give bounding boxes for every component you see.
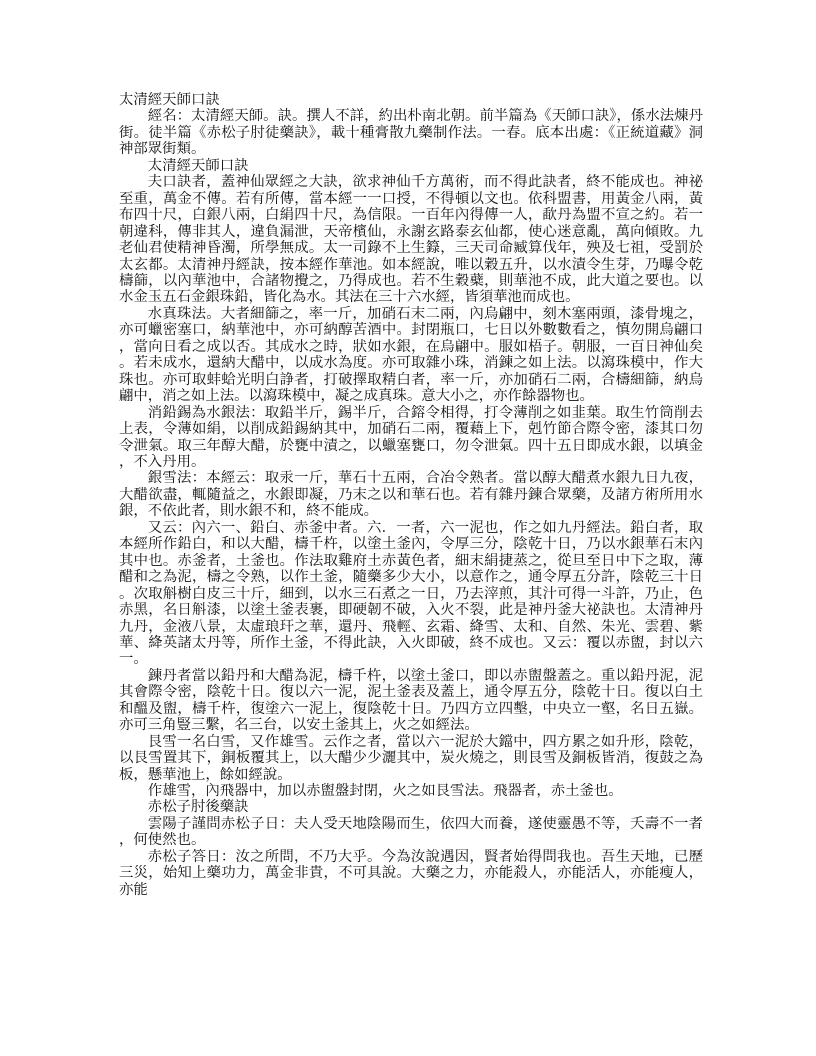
paragraph-zuo-xiongxue: 作雄雪，內飛器中，加以赤盥盤封閉，火之如艮雪法。飛器者，赤土釜也。 (119, 783, 703, 799)
section-heading-chisongzi: 赤松子肘後藥訣 (119, 799, 703, 815)
document-page: 太清經天師口訣 經名：太清經天師。訣。撰人不詳，約出朴南北朝。前半篇為《天師口訣… (119, 92, 703, 898)
document-title: 太清經天師口訣 (119, 92, 703, 108)
paragraph-xiao-qianxi-fa: 消鉛錫為水銀法：取鉛半斤，錫半斤，合鎔令相得，打令薄削之如韭葉。取生竹筒削去上表… (119, 405, 703, 471)
paragraph-you-yun: 又云：內六一、鉛白、赤釜中者。六．一者，六一泥也，作之如九丹經法。鉛白者，取本經… (119, 520, 703, 668)
paragraph-yinxue-fa: 銀雪法：本經云：取汞一斤，華石十五兩，合冶令熟者。當以醇大醋煮水銀九日九夜，大醋… (119, 470, 703, 519)
paragraph-liandan: 鍊丹者當以鉛丹和大醋為泥，檮千杵，以塗土釜口，即以赤盥盤蓋之。重以鉛丹泥，泥其會… (119, 668, 703, 734)
section-heading-tianshi-koujue: 太清經天師口訣 (119, 158, 703, 174)
paragraph-chisongzi-answer: 赤松子答日：汝之所問，不乃大乎。今為汝說遇因，賢者始得問我也。吾生天地，已歷三災… (119, 849, 703, 898)
paragraph-koujue: 夫口訣者，蓋神仙眾經之大訣，欲求神仙千方萬術，而不得此訣者，終不能成也。神祕至重… (119, 174, 703, 306)
paragraph-genxue: 艮雪一名白雪，又作雄雪。云作之者，當以六一泥於大鐺中，四方累之如升形，陰乾，以艮… (119, 734, 703, 783)
paragraph-yunyangzi-question: 雲陽子謹問赤松子日：夫人受天地陰陽而生，依四大而養，遂使靈愚不等，夭壽不一者，何… (119, 816, 703, 849)
intro-paragraph: 經名：太清經天師。訣。撰人不詳，約出朴南北朝。前半篇為《天師口訣》，係水法煉丹街… (119, 108, 703, 157)
paragraph-shui-zhenzhu-fa: 水真珠法。大者細篩之，率一斤，加硝石末二兩，內烏翩中，刻木塞兩頭，漆骨塊之，亦可… (119, 306, 703, 405)
